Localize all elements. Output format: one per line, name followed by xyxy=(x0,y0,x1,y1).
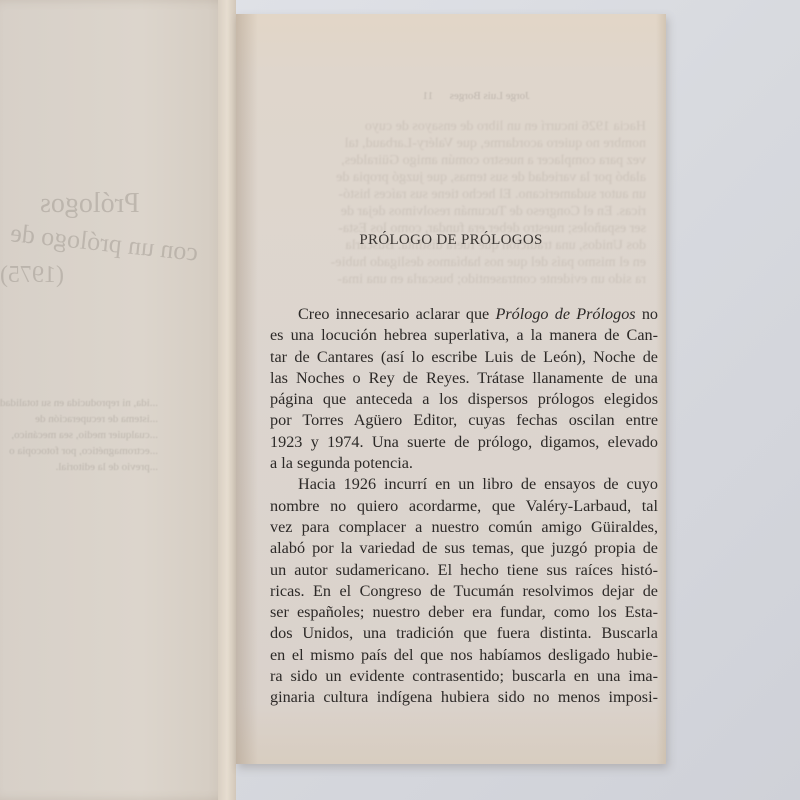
text-run: no xyxy=(636,305,658,323)
text-line: ser españoles; nuestro deber era fundar,… xyxy=(270,602,658,623)
bleed-line: Hacia 1926 incurrí en un libro de ensayo… xyxy=(276,118,646,135)
italic-title: Prólogo de Prólogos xyxy=(495,305,635,323)
page-number: 11 xyxy=(423,90,434,102)
show-through-line: ...cualquier medio, sea mecánico, xyxy=(0,427,158,443)
show-through-title: Prólogos xyxy=(40,188,140,220)
text-run: Creo innecesario aclarar que xyxy=(298,305,495,323)
running-head: Jorge Luis Borges xyxy=(450,90,530,102)
show-through-subtitle: con un prólogo de xyxy=(9,218,200,268)
text-line: por Torres Agüero Editor, cuyas fechas o… xyxy=(270,410,658,431)
text-line: Hacia 1926 incurrí en un libro de ensayo… xyxy=(270,474,658,495)
bleed-line: ra sido un evidente contrasentido; busca… xyxy=(276,271,646,288)
show-through-line: ...ectromagnético, por fotocopia o xyxy=(0,443,158,459)
text-line: a la segunda potencia. xyxy=(270,453,658,474)
text-line: Creo innecesario aclarar que Prólogo de … xyxy=(270,304,658,325)
text-line: dos Unidos, una tradición que fuera dist… xyxy=(270,623,658,644)
running-head-show-through: Jorge Luis Borges 11 xyxy=(326,90,626,102)
text-line: en el mismo país del que nos habíamos de… xyxy=(270,645,658,666)
show-through-copyright: ...ida, ni reproducida en su totalidad .… xyxy=(0,395,158,475)
show-through-line: ...istema de recuperación de xyxy=(0,411,158,427)
body-text: Creo innecesario aclarar que Prólogo de … xyxy=(270,304,658,709)
bleed-line: en el mismo país del que nos habíamos de… xyxy=(276,254,646,271)
bleed-line: vez para complacer a nuestro común amigo… xyxy=(276,152,646,169)
text-line: es una locución hebrea superlativa, a la… xyxy=(270,325,658,346)
bleed-line: un autor sudamericano. El hecho tiene su… xyxy=(276,186,646,203)
paragraph-1: Creo innecesario aclarar que Prólogo de … xyxy=(270,304,658,474)
right-page: Jorge Luis Borges 11 Hacia 1926 incurrí … xyxy=(236,14,666,764)
bleed-line: ricas. En el Congreso de Tucumán resolvi… xyxy=(276,203,646,220)
left-page: Prólogos con un prólogo de (1975) ...ida… xyxy=(0,0,236,800)
chapter-title: PRÓLOGO DE PRÓLOGOS xyxy=(236,232,666,249)
text-line: página que anteceda a los dispersos pról… xyxy=(270,389,658,410)
text-line: ricas. En el Congreso de Tucumán resolvi… xyxy=(270,581,658,602)
text-line: ra sido un evidente contrasentido; busca… xyxy=(270,666,658,687)
text-line: alabó por la variedad de sus temas, que … xyxy=(270,538,658,559)
show-through-year: (1975) xyxy=(0,262,64,289)
bleed-line: nombre no quiero acordarme, que Valéry-L… xyxy=(276,135,646,152)
text-line: las Noches o Rey de Reyes. Trátase llana… xyxy=(270,368,658,389)
text-line: tar de Cantares (así lo escribe Luis de … xyxy=(270,347,658,368)
text-line: nombre no quiero acordarme, que Valéry-L… xyxy=(270,496,658,517)
bleed-line: alabó por la variedad de sus temas, que … xyxy=(276,169,646,186)
text-line: ginaria cultura indígena hubiera sido no… xyxy=(270,687,658,708)
paragraph-2: Hacia 1926 incurrí en un libro de ensayo… xyxy=(270,474,658,708)
bleed-through-text: Hacia 1926 incurrí en un libro de ensayo… xyxy=(276,118,646,288)
text-line: 1923 y 1974. Una suerte de prólogo, diga… xyxy=(270,432,658,453)
show-through-line: ...previo de la editorial. xyxy=(0,459,158,475)
text-line: vez para complacer a nuestro común amigo… xyxy=(270,517,658,538)
show-through-line: ...ida, ni reproducida en su totalidad xyxy=(0,395,158,411)
page-edge xyxy=(218,0,236,800)
text-line: un autor sudamericano. El hecho tiene su… xyxy=(270,560,658,581)
